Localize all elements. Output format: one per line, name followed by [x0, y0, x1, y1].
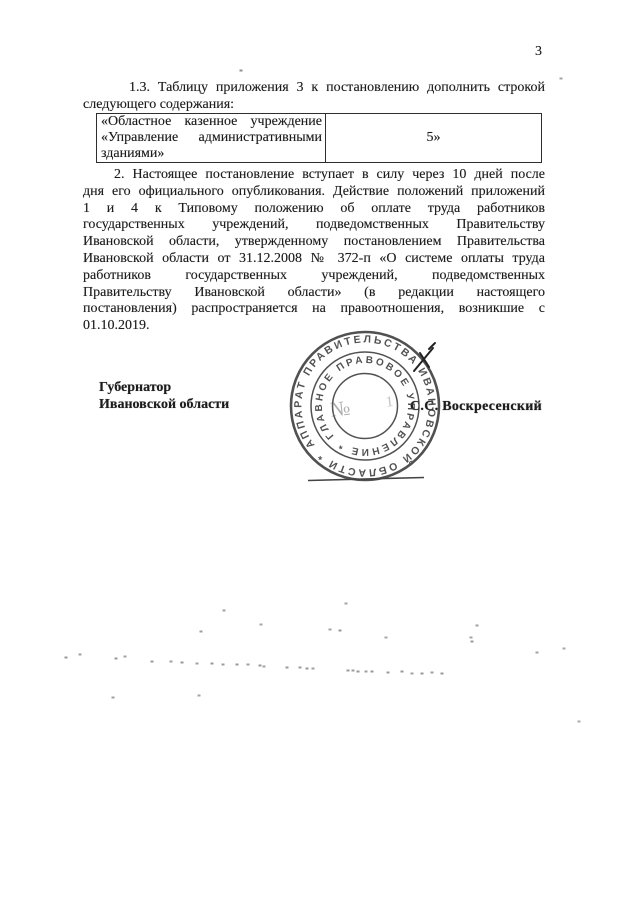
table-cell-line: «Областное казенное учреждение — [101, 114, 322, 130]
table-cell-value: 5» — [326, 114, 541, 162]
stamp-middle-ring — [311, 352, 419, 460]
paragraph-line: 2. Настоящее постановление вступает в си… — [83, 167, 545, 184]
paragraph-line: следующего содержания: — [83, 97, 545, 114]
paragraph-line: постановления) распространяется на право… — [83, 301, 545, 318]
signatory-title: Губернатор Ивановской области — [99, 379, 229, 413]
amendment-table: «Областное казенное учреждение «Управлен… — [96, 113, 542, 163]
document-page: 3 1.3. Таблицу приложения 3 к постановле… — [0, 0, 640, 905]
paragraph-line: дня его официального опубликования. Дейс… — [83, 184, 545, 201]
paragraph-line: Правительству Ивановской области» (в ред… — [83, 285, 545, 302]
paragraph-line: 1.3. Таблицу приложения 3 к постановлени… — [83, 80, 545, 97]
signatory-title-line: Ивановской области — [99, 396, 229, 413]
page-number: 3 — [535, 44, 542, 60]
stamp-outer-ring — [291, 332, 439, 480]
table-cell-line: «Управление административными — [101, 130, 322, 146]
paragraph-line: 1 и 4 к Типовому положению об оплате тру… — [83, 201, 545, 218]
stamp-number-sign: № — [329, 396, 351, 422]
stamp-number-digit: 1 — [385, 394, 394, 411]
paragraph-line: Ивановской области, утвержденному постан… — [83, 234, 545, 251]
official-stamp: АППАРАТ ПРАВИТЕЛЬСТВА ИВАНОВСКОЙ ОБЛАСТИ… — [288, 329, 442, 483]
signatory-title-line: Губернатор — [99, 379, 229, 396]
paragraph-line: Ивановской области от 31.12.2008 № 372-п… — [83, 251, 545, 268]
scan-noise — [0, 0, 2, 1]
table-cell-institution: «Областное казенное учреждение «Управлен… — [97, 114, 326, 162]
table-cell-line: зданиями» — [101, 146, 322, 162]
paragraph-1-3: 1.3. Таблицу приложения 3 к постановлени… — [83, 80, 545, 114]
paragraph-2: 2. Настоящее постановление вступает в си… — [83, 167, 545, 335]
paragraph-line: работников государственных учреждений, п… — [83, 268, 545, 285]
paragraph-line: государственных учреждений, подведомстве… — [83, 217, 545, 234]
